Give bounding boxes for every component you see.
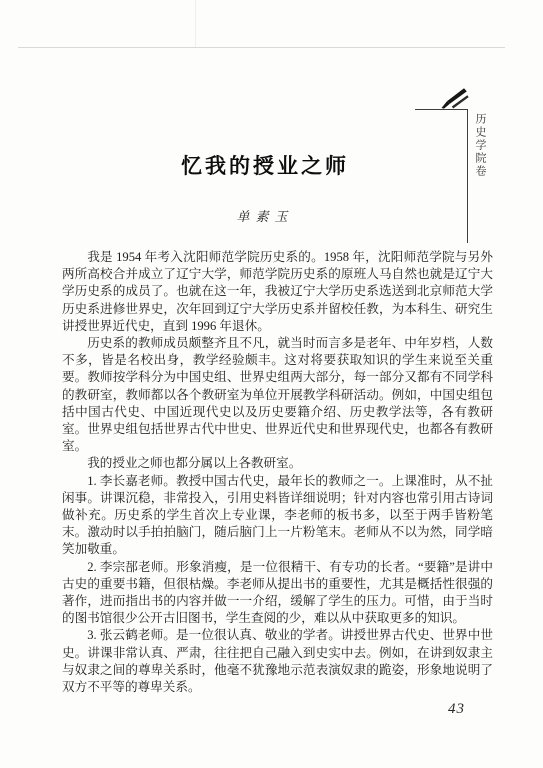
body-paragraph: 我是 1954 年考入沈阳师范学院历史系的。1958 年，沈阳师范学院与另外两所… — [62, 249, 493, 335]
body-paragraph: 历史系的教师成员颇整齐且不凡，就当时而言多是老年、中年岁档，人数不多，皆是名校出… — [62, 335, 493, 455]
body-paragraph: 我的授业之师也都分属以上各教研室。 — [62, 455, 493, 472]
article-body: 我是 1954 年考入沈阳师范学院历史系的。1958 年，沈阳师范学院与另外两所… — [62, 249, 493, 696]
article-author: 单素玉 — [55, 206, 475, 225]
body-paragraph: 1. 李长嘉老师。教授中国古代史，最年长的教师之一。上课准时，从不扯闲事。讲课沉… — [62, 473, 493, 559]
pen-icon — [440, 86, 469, 109]
body-paragraph: 2. 李宗郚老师。形象消瘦，是一位很精干、有专功的长者。“要籍”是讲中古史的重要… — [62, 559, 493, 628]
corner-horizontal-rule — [415, 109, 468, 110]
article-title: 忆我的授业之师 — [55, 150, 475, 180]
body-paragraph: 3. 张云鹤老师。是一位很认真、敬业的学者。讲授世界古代史、世界中世史。讲课非常… — [62, 627, 493, 696]
page-number: 43 — [448, 701, 465, 718]
page-fold-line — [195, 0, 196, 47]
page-edge-line — [18, 47, 505, 48]
book-page: 历史学院卷 忆我的授业之师 单素玉 我是 1954 年考入沈阳师范学院历史系的。… — [0, 0, 543, 768]
